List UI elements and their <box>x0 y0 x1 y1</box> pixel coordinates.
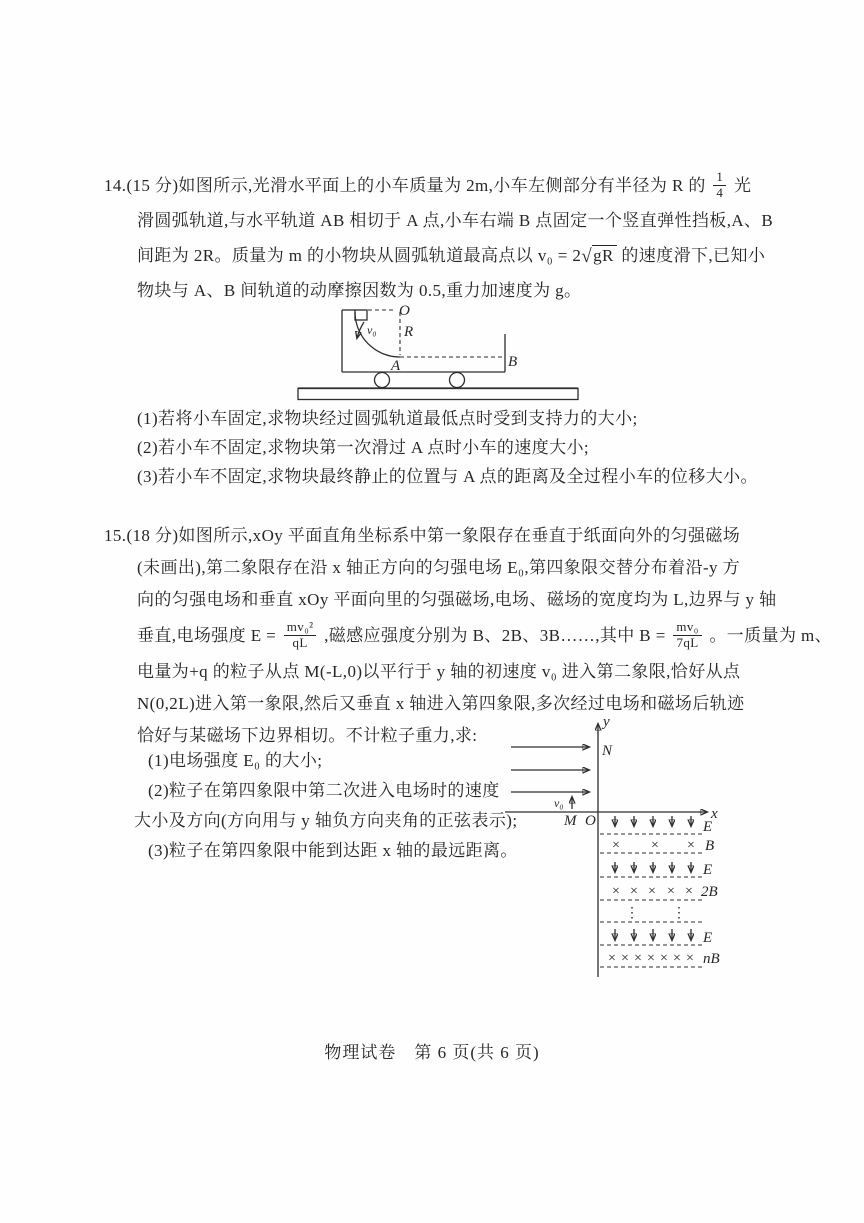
ellipsis-band: ⋮ ⋮ <box>625 906 686 921</box>
fraction-denominator: 4 <box>713 186 726 200</box>
fraction-E-field: mv₀²qL <box>284 620 317 650</box>
band-5-E-arrows <box>615 929 691 940</box>
text-segment: 的速度滑下,已知小 <box>617 246 766 265</box>
cross-symbol: × <box>608 951 616 966</box>
band-4-2B-crosses: × × × × × <box>612 884 693 899</box>
ground-hatch <box>298 389 578 400</box>
question-14-stem: 14.(15 分)如图所示,光滑水平面上的小车质量为 2m,小车左侧部分有半径为… <box>104 168 744 308</box>
q15-stem-line-1: 15.(18 分)如图所示,xOy 平面直角坐标系中第一象限存在垂直于纸面向外的… <box>104 520 749 552</box>
text-segment: 垂直,电场强度 E = <box>137 626 276 645</box>
cross-symbol: × <box>630 884 638 899</box>
question-15-parts: (1)电场强度 E₀ 的大小; (2)粒子在第四象限中第二次进入电场时的速度 大… <box>134 746 534 866</box>
band-6-nB-crosses: × × × × × × × <box>608 951 694 966</box>
field-figure-svg: y x N M O v₀ E <box>503 712 778 1007</box>
band-5-label: E <box>702 930 712 946</box>
text-segment: 。一质量为 m、 <box>709 626 832 645</box>
radical-sign: √ <box>581 246 592 267</box>
cross-symbol: × <box>612 884 620 899</box>
cross-symbol: × <box>648 884 656 899</box>
cross-symbol: × <box>634 951 642 966</box>
band-2-B-crosses: × × × <box>612 838 695 853</box>
q15-stem-line-5: 电量为+q 的粒子从点 M(-L,0)以平行于 y 轴的初速度 v₀ 进入第二象… <box>104 656 749 688</box>
q15-part-3: (3)粒子在第四象限中能到达距 x 轴的最远距离。 <box>134 836 534 866</box>
band-1-label: E <box>702 819 712 835</box>
q14-part-1: (1)若将小车固定,求物块经过圆弧轨道最低点时受到支持力的大小; <box>137 404 757 433</box>
v0-label: v₀ <box>554 796 564 810</box>
point-B-label: B <box>508 354 517 370</box>
cross-symbol: × <box>686 951 694 966</box>
fraction-numerator: 1 <box>713 170 726 185</box>
band-6-label: nB <box>703 951 720 967</box>
point-O-label: O <box>399 303 410 319</box>
cart-figure-svg: O v₀ R A B <box>293 296 603 404</box>
cross-symbol: × <box>651 838 659 853</box>
cross-symbol: × <box>667 884 675 899</box>
q14-figure-cart-diagram: O v₀ R A B <box>293 296 603 404</box>
cross-symbol: × <box>612 838 620 853</box>
band-3-label: E <box>702 862 712 878</box>
y-axis-label: y <box>601 714 610 730</box>
fraction-one-quarter: 14 <box>713 170 726 200</box>
cross-symbol: × <box>660 951 668 966</box>
q14-stem-line-3: 间距为 2R。质量为 m 的小物块从圆弧轨道最高点以 v₀ = 2√gR 的速度… <box>104 238 744 273</box>
q15-stem-line-2: (未画出),第二象限存在沿 x 轴正方向的匀强电场 E₀,第四象限交替分布着沿-… <box>104 552 749 584</box>
text-segment: 14.(15 分)如图所示,光滑水平面上的小车质量为 2m,小车左侧部分有半径为… <box>104 176 706 195</box>
q14-part-2: (2)若小车不固定,求物块第一次滑过 A 点时小车的速度大小; <box>137 433 757 462</box>
E0-field-arrows <box>511 747 589 792</box>
cross-symbol: × <box>673 951 681 966</box>
wheel-right <box>450 373 465 388</box>
vertical-dots: ⋮ <box>672 906 686 921</box>
cross-symbol: × <box>687 838 695 853</box>
question-14-parts: (1)若将小车固定,求物块经过圆弧轨道最低点时受到支持力的大小; (2)若小车不… <box>137 404 757 491</box>
fraction-B-field: mv₀7qL <box>673 620 701 650</box>
small-block <box>355 310 367 320</box>
band-4-label: 2B <box>701 884 718 900</box>
page-footer: 物理试卷 第 6 页(共 6 页) <box>0 1038 864 1063</box>
band-2-label: B <box>705 838 714 854</box>
fraction-denominator: 7qL <box>673 636 701 650</box>
q14-part-3: (3)若小车不固定,求物块最终静止的位置与 A 点的距离及全过程小车的位移大小。 <box>137 462 757 491</box>
q15-stem-line-3: 向的匀强电场和垂直 xOy 平面向里的匀强磁场,电场、磁场的宽度均为 L,边界与… <box>104 584 749 616</box>
vertical-dots: ⋮ <box>625 906 639 921</box>
cross-symbol: × <box>647 951 655 966</box>
cross-symbol: × <box>621 951 629 966</box>
radius-R-label: R <box>403 324 413 340</box>
wheel-left <box>375 373 390 388</box>
q15-figure-field-diagram: y x N M O v₀ E <box>503 712 778 1007</box>
text-segment: 光 <box>734 176 751 195</box>
quarter-arc-track <box>355 312 400 357</box>
point-N-label: N <box>601 743 613 759</box>
fraction-denominator: qL <box>284 636 317 650</box>
cross-symbol: × <box>685 884 693 899</box>
v0-label: v₀ <box>367 323 377 337</box>
fraction-numerator: mv₀² <box>284 620 317 635</box>
text-segment: 间距为 2R。质量为 m 的小物块从圆弧轨道最高点以 v₀ = 2 <box>137 246 581 265</box>
point-M-label: M <box>563 813 578 829</box>
q15-stem-line-4: 垂直,电场强度 E = mv₀²qL ,磁感应强度分别为 B、2B、3B……,其… <box>104 616 749 656</box>
radicand: gR <box>592 245 617 265</box>
fraction-numerator: mv₀ <box>673 620 701 635</box>
q14-stem-line-1: 14.(15 分)如图所示,光滑水平面上的小车质量为 2m,小车左侧部分有半径为… <box>104 168 744 203</box>
band-3-E-arrows <box>615 862 691 872</box>
q15-part-1: (1)电场强度 E₀ 的大小; <box>134 746 534 776</box>
q15-part-2: (2)粒子在第四象限中第二次进入电场时的速度 <box>134 776 534 806</box>
q15-part-2-continued: 大小及方向(方向用与 y 轴负方向夹角的正弦表示); <box>134 806 534 836</box>
q14-stem-line-2: 滑圆弧轨道,与水平轨道 AB 相切于 A 点,小车右端 B 点固定一个竖直弹性挡… <box>104 203 744 238</box>
origin-O-label: O <box>585 813 596 829</box>
exam-page: 14.(15 分)如图所示,光滑水平面上的小车质量为 2m,小车左侧部分有半径为… <box>0 0 864 1223</box>
band-1-E-arrows <box>615 816 691 826</box>
text-segment: ,磁感应强度分别为 B、2B、3B……,其中 B = <box>324 626 666 645</box>
